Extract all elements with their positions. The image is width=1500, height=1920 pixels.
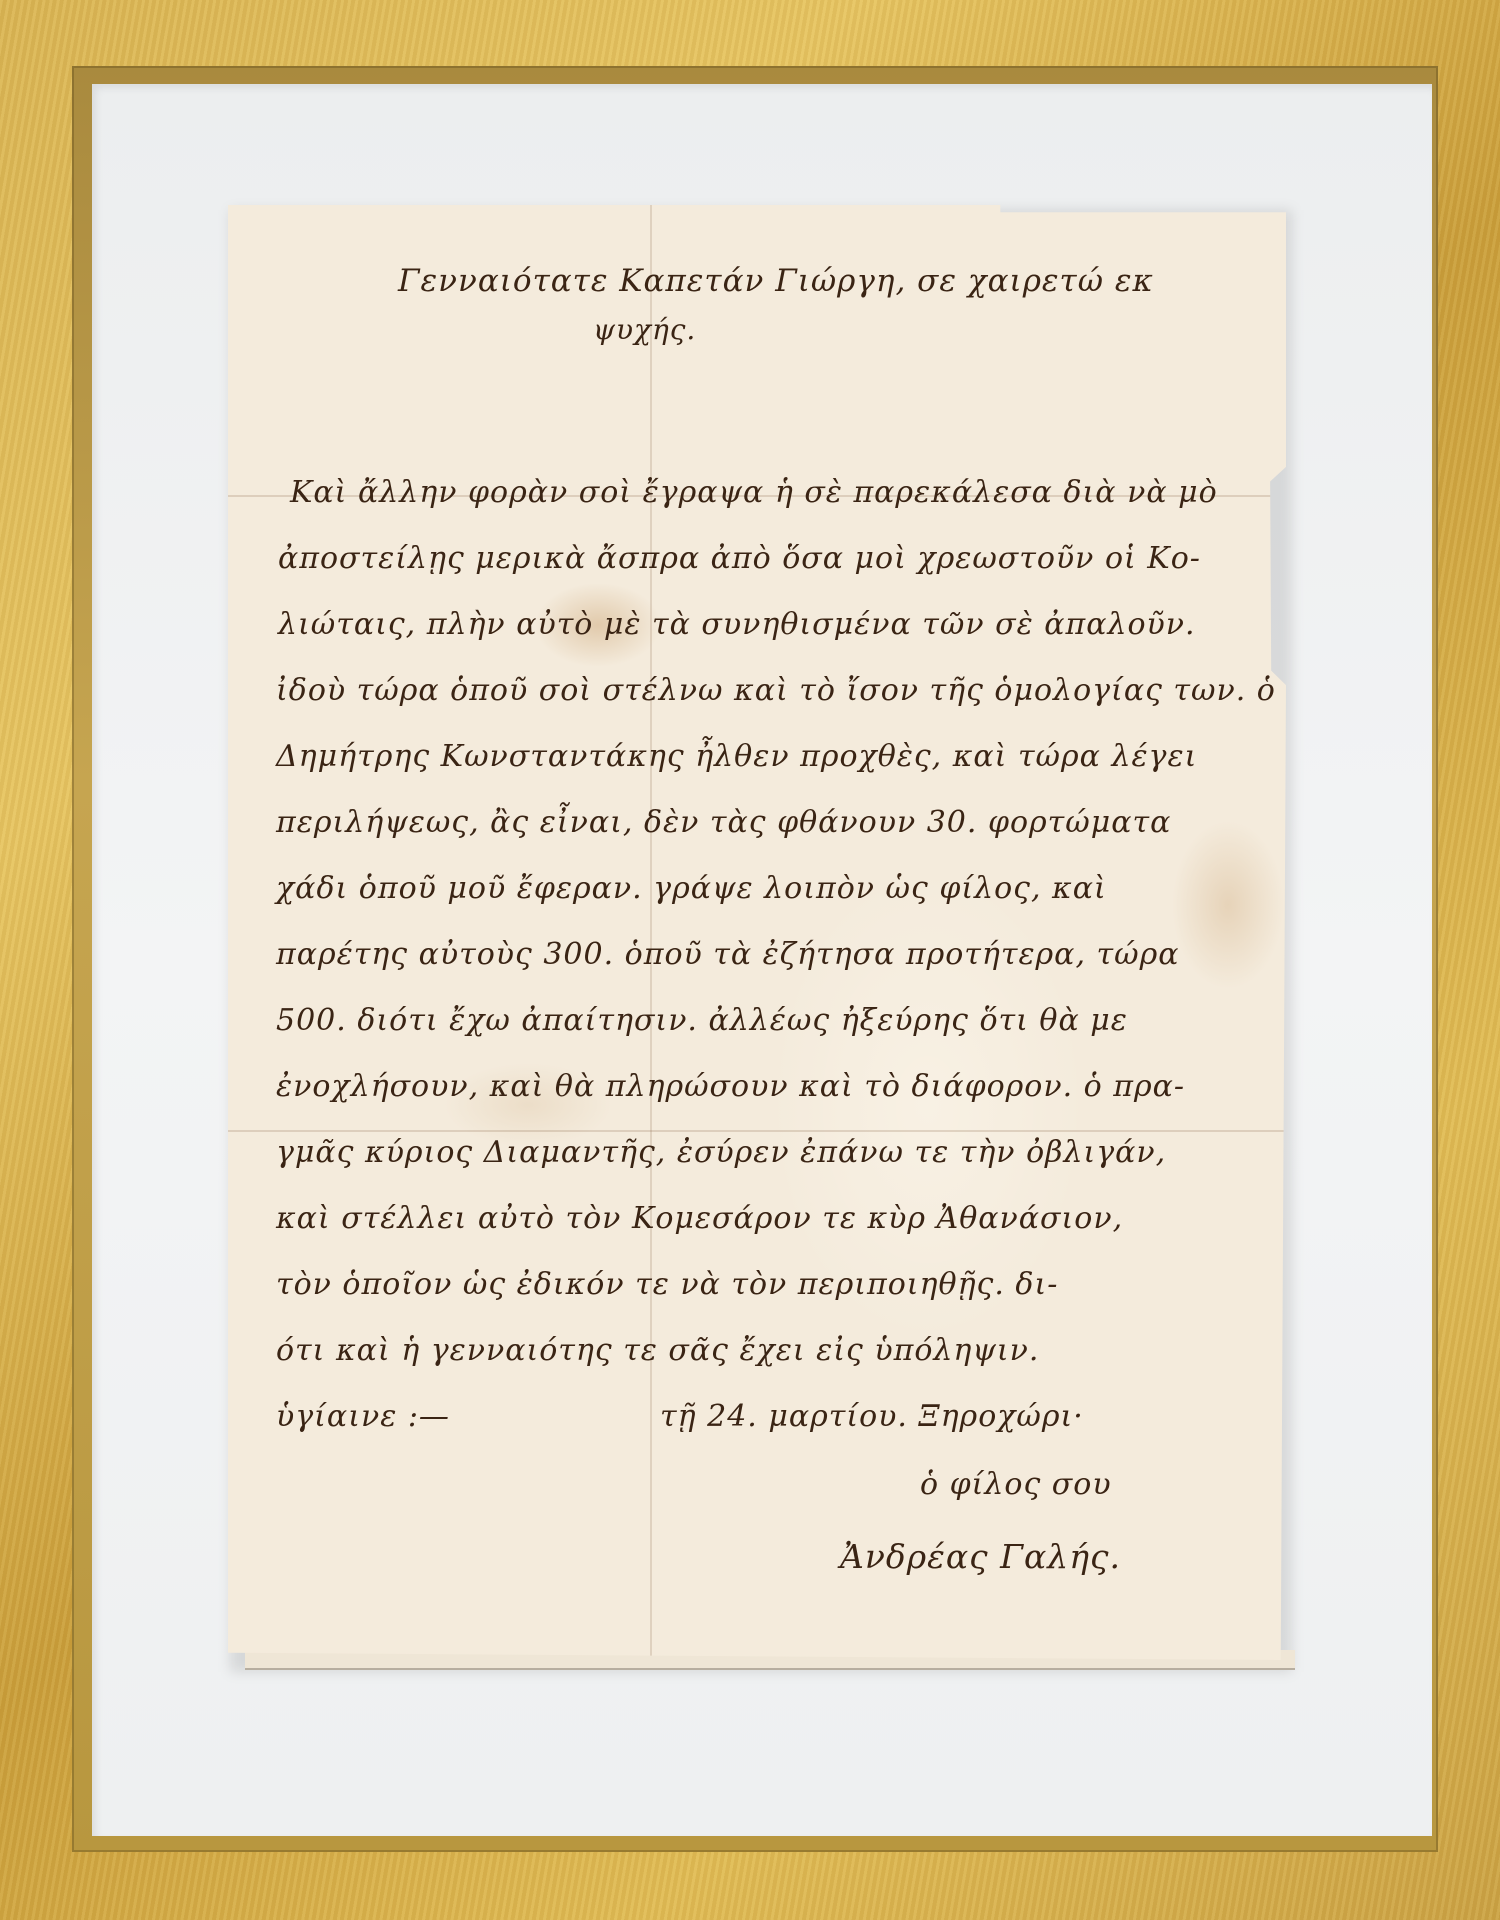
body-line-1: Καὶ ἄλλην φορὰν σοὶ ἔγραψα ἡ σὲ παρεκάλε… xyxy=(290,475,1218,510)
fold-line-vertical xyxy=(650,205,652,1660)
body-line-2: ἀποστείλῃς μερικὰ ἄσπρα ἀπὸ ὅσα μοὶ χρεω… xyxy=(278,541,1201,576)
body-line-4: ἰδοὺ τώρα ὁποῦ σοὶ στέλνω καὶ τὸ ἴσον τῆ… xyxy=(276,673,1276,708)
dateline: τῇ 24. μαρτίου. Ξηροχώρι· xyxy=(660,1399,1084,1434)
body-line-15-farewell: ὑγίαινε :— xyxy=(276,1399,450,1434)
body-line-12: καὶ στέλλει αὐτὸ τὸν Κομεσάρον τε κὺρ Ἀθ… xyxy=(276,1201,1123,1236)
body-line-7: χάδι ὁποῦ μοῦ ἔφεραν. γράψε λοιπὸν ὡς φί… xyxy=(276,871,1107,906)
body-line-5: Δημήτρης Κωνσταντάκης ἦλθεν προχθὲς, καὶ… xyxy=(276,739,1197,774)
body-line-6: περιλήψεως, ἂς εἶναι, δὲν τὰς φθάνουν 30… xyxy=(276,805,1171,840)
salutation-line-2: ψυχής. xyxy=(593,313,696,346)
body-line-14: ότι καὶ ἡ γενναιότης τε σᾶς ἔχει εἰς ὑπό… xyxy=(276,1333,1039,1368)
body-line-10: ἐνοχλήσουν, καὶ θὰ πληρώσουν καὶ τὸ διάφ… xyxy=(276,1069,1185,1104)
body-line-13: τὸν ὁποῖον ὡς ἐδικόν τε νὰ τὸν περιποιηθ… xyxy=(276,1267,1058,1302)
body-line-11: γμᾶς κύριος Διαμαντῆς, ἐσύρεν ἐπάνω τε τ… xyxy=(276,1135,1166,1170)
letter-paper: Γενναιότατε Καπετάν Γιώργη, σε χαιρετώ ε… xyxy=(228,205,1286,1660)
body-line-3: λιώταις, πλὴν αὐτὸ μὲ τὰ συνηθισμένα τῶν… xyxy=(278,607,1196,642)
fold-line-middle xyxy=(228,1130,1286,1132)
closing: ὁ φίλος σου xyxy=(920,1467,1112,1502)
body-line-8: παρέτης αὐτοὺς 300. ὁποῦ τὰ ἐζήτησα προτ… xyxy=(276,937,1179,972)
salutation-line-1: Γενναιότατε Καπετάν Γιώργη, σε χαιρετώ ε… xyxy=(398,263,1154,299)
body-line-9: 500. διότι ἔχω ἀπαίτησιν. ἀλλέως ἠξεύρης… xyxy=(276,1003,1128,1038)
signature: Ἀνδρέας Γαλής. xyxy=(840,1537,1121,1576)
